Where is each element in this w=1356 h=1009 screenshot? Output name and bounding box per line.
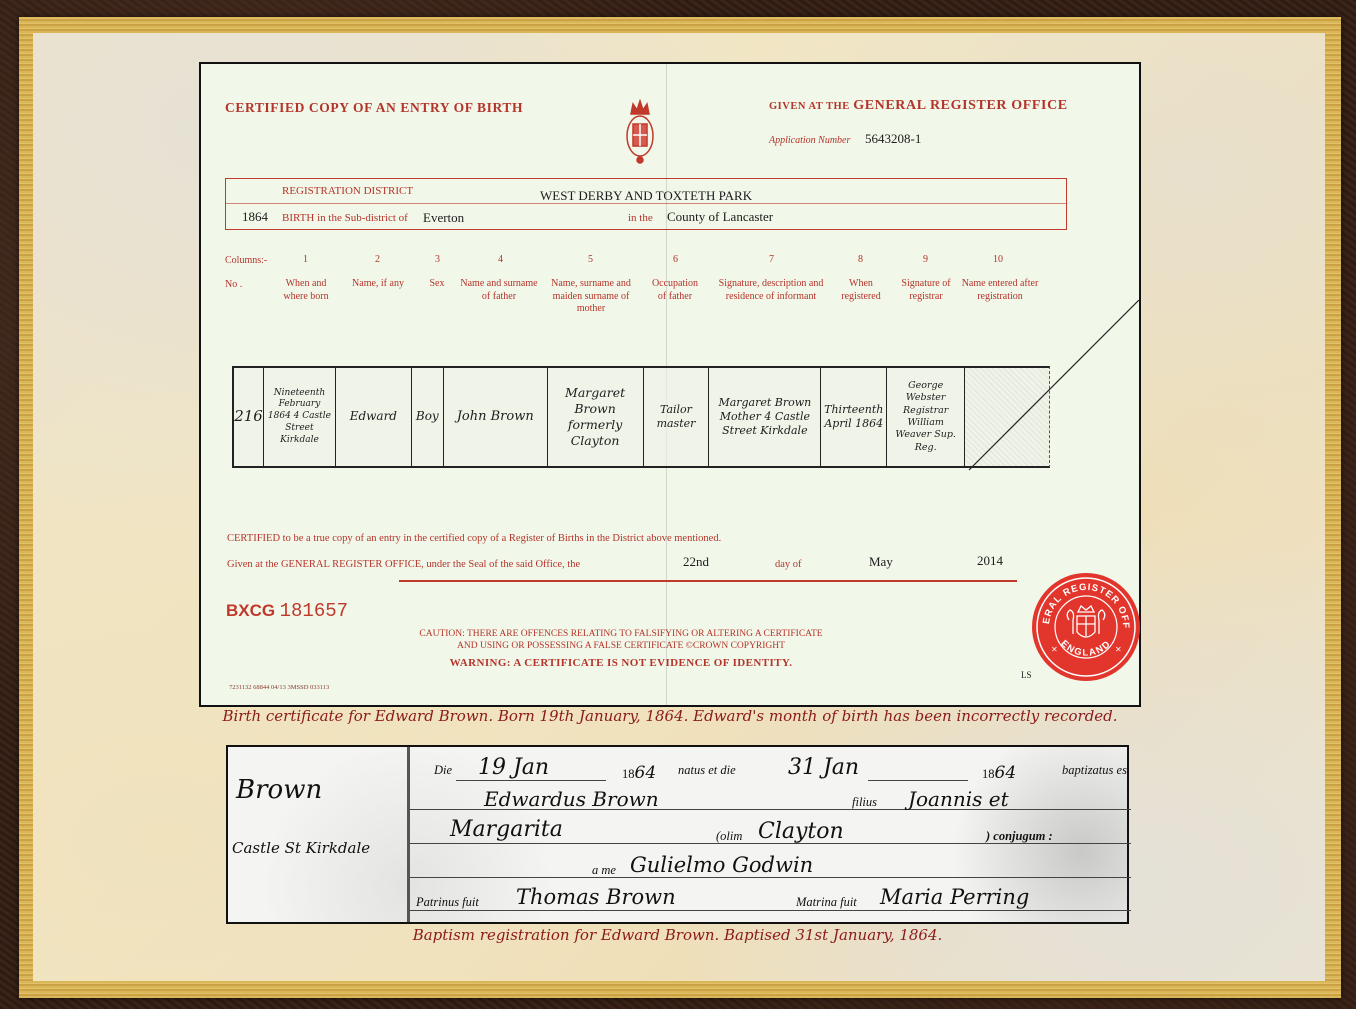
column-header: When registered xyxy=(835,278,887,303)
day-of-label: day of xyxy=(775,559,802,570)
cancel-diagonal-line xyxy=(949,300,1143,472)
column-header: Occupation of father xyxy=(647,278,703,303)
a-me-label: a me xyxy=(592,863,616,878)
column-number: 6 xyxy=(673,254,678,265)
patrinus-label: Patrinus fuit xyxy=(416,895,479,910)
given-statement: Given at the GENERAL REGISTER OFFICE, un… xyxy=(227,559,580,570)
certificate-year: 2014 xyxy=(977,553,1003,569)
natus-label: natus et die xyxy=(678,763,736,778)
registration-district-value: WEST DERBY AND TOXTETH PARK xyxy=(540,188,752,204)
column-header: Sex xyxy=(425,278,449,291)
birth-year: 1864 xyxy=(622,763,656,783)
column-number: 1 xyxy=(303,254,308,265)
column-number: 2 xyxy=(375,254,380,265)
entry-father: John Brown xyxy=(444,368,548,466)
father-name: Joannis et xyxy=(908,787,1009,811)
application-number-label: Application Number xyxy=(769,135,850,146)
county-value: County of Lancaster xyxy=(667,209,773,225)
serial-number: BXCG 181657 xyxy=(226,600,348,622)
entry-number: 216 xyxy=(234,368,264,466)
certificate-day: 22nd xyxy=(683,554,709,570)
baptism-caption: Baptism registration for Edward Brown. B… xyxy=(226,926,1129,944)
caution-text: CAUTION: THERE ARE OFFENCES RELATING TO … xyxy=(321,628,921,653)
column-header: Signature of registrar xyxy=(897,278,955,303)
entry-row: 216 Nineteenth February 1864 4 Castle St… xyxy=(232,366,1050,468)
given-at-heading: GIVEN AT THE GENERAL REGISTER OFFICE xyxy=(769,98,1068,114)
column-number: 3 xyxy=(435,254,440,265)
column-header: Name and surname of father xyxy=(455,278,543,303)
baptism-date: 31 Jan xyxy=(788,755,859,780)
general-register-office-seal-icon: GENERAL REGISTER OFFICE ENGLAND ✕ ✕ xyxy=(1031,572,1141,682)
subdistrict-value: Everton xyxy=(423,210,464,226)
entry-when-registered: Thirteenth April 1864 xyxy=(821,368,887,466)
godfather-name: Thomas Brown xyxy=(516,885,676,909)
entry-father-occupation: Tailor master xyxy=(644,368,710,466)
columns-label: Columns:- xyxy=(225,255,267,266)
registration-district-box: REGISTRATION DISTRICT WEST DERBY AND TOX… xyxy=(225,178,1067,230)
certificate-month: May xyxy=(869,554,893,570)
priest-name: Gulielmo Godwin xyxy=(630,853,813,877)
column-number: 7 xyxy=(769,254,774,265)
warning-text: WARNING: A CERTIFICATE IS NOT EVIDENCE O… xyxy=(321,657,921,669)
entry-when-where-born: Nineteenth February 1864 4 Castle Street… xyxy=(264,368,336,466)
ls-mark: LS xyxy=(1021,670,1032,680)
mother-maiden-name: Clayton xyxy=(758,819,844,844)
column-number: 4 xyxy=(498,254,503,265)
form-code: 7231132 68844 04/13 3MSSD 033113 xyxy=(229,684,329,691)
svg-text:✕: ✕ xyxy=(1051,645,1058,654)
matrina-label: Matrina fuit xyxy=(796,895,857,910)
column-number: 10 xyxy=(993,254,1003,265)
column-number: 8 xyxy=(858,254,863,265)
baptism-register: Brown Castle St Kirkdale Die 19 Jan 1864… xyxy=(226,745,1129,924)
column-divider xyxy=(407,747,410,922)
birth-subdistrict-label: BIRTH in the Sub-district of xyxy=(282,212,408,224)
mother-name: Margarita xyxy=(450,817,563,842)
column-header: When and where born xyxy=(275,278,337,303)
birth-date: 19 Jan xyxy=(478,755,549,780)
royal-crest-icon xyxy=(625,96,655,168)
column-header: Name, if any xyxy=(343,278,413,291)
godmother-name: Maria Perring xyxy=(880,885,1029,909)
column-number: 5 xyxy=(588,254,593,265)
baptism-address: Castle St Kirkdale xyxy=(232,839,370,857)
svg-text:✕: ✕ xyxy=(1115,645,1122,654)
baptism-surname: Brown xyxy=(236,775,322,805)
application-number: 5643208-1 xyxy=(865,131,921,147)
birth-certificate: CERTIFIED COPY OF AN ENTRY OF BIRTH GIVE… xyxy=(199,62,1141,707)
entry-name: Edward xyxy=(336,368,412,466)
certified-statement: CERTIFIED to be a true copy of an entry … xyxy=(227,533,721,544)
baptism-year: 1864 xyxy=(982,763,1016,783)
registration-year: 1864 xyxy=(242,209,268,225)
child-name: Edwardus Brown xyxy=(484,787,659,811)
entry-informant: Margaret Brown Mother 4 Castle Street Ki… xyxy=(709,368,821,466)
entry-mother: Margaret Brown formerly Clayton xyxy=(548,368,644,466)
conjugum-label: ) conjugum : xyxy=(986,829,1053,844)
no-label: No . xyxy=(225,279,242,290)
registration-district-label: REGISTRATION DISTRICT xyxy=(282,185,413,197)
certificate-title: CERTIFIED COPY OF AN ENTRY OF BIRTH xyxy=(225,100,523,116)
date-underline xyxy=(399,580,1017,582)
entry-sex: Boy xyxy=(412,368,444,466)
column-number: 9 xyxy=(923,254,928,265)
column-header: Name, surname and maiden surname of moth… xyxy=(547,278,635,316)
column-header: Signature, description and residence of … xyxy=(715,278,827,303)
birth-certificate-caption: Birth certificate for Edward Brown. Born… xyxy=(199,707,1141,725)
die-label: Die xyxy=(434,763,452,778)
baptizatus-label: baptizatus es xyxy=(1062,763,1127,778)
filius-label: filius xyxy=(852,795,877,810)
in-the-label: in the xyxy=(628,212,653,224)
olim-label: (olim xyxy=(716,829,742,844)
